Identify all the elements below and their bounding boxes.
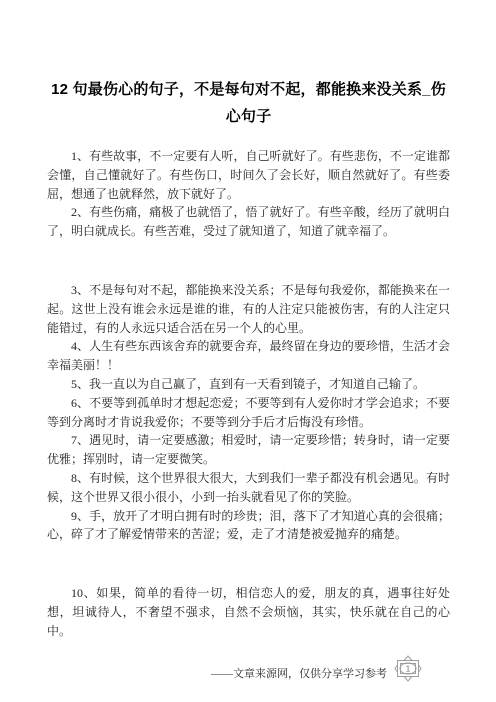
page-number: 1 [406,664,411,673]
paragraph: 10、如果，简单的看待一切，相信恋人的爱，朋友的真，遇事往好处想，坦诚待人，不奢… [47,584,450,640]
blank-line [47,544,450,584]
paragraph: 9、手，放开了才明白拥有时的珍贵；泪，落下了才知道心真的会很痛；心，碎了才了解爱… [47,507,450,545]
page-number-ornament-icon: 1 [394,655,422,682]
blank-line [47,241,450,281]
page-title: 12 句最伤心的句子，不是每句对不起，都能换来没关系_伤心句子 [47,76,450,130]
paragraph: 6、不要等到孤单时才想起恋爱；不要等到有人爱你时才学会追求；不要等到分离时才肯说… [47,394,450,432]
document-page: 12 句最伤心的句子，不是每句对不起，都能换来没关系_伤心句子 1、有些故事，不… [0,0,496,702]
paragraph: 5、我一直以为自己赢了，直到有一天看到镜子，才知道自己输了。 [47,375,450,394]
document-body: { "page": { "title": "12 句最伤心的句子，不是每句对不起… [0,0,496,702]
paragraph: 3、不是每句对不起，都能换来没关系；不是每句我爱你，都能换来在一起。这世上没有谁… [47,281,450,337]
paragraph: 8、有时候，这个世界很大很大，大到我们一辈子都没有机会遇见。有时候，这个世界又很… [47,469,450,507]
paragraph: 1、有些故事，不一定要有人听，自己听就好了。有些悲伤，不一定谁都会懂，自己懂就好… [47,147,450,203]
paragraph: 7、遇见时，请一定要感激；相爱时，请一定要珍惜；转身时，请一定要优雅；挥别时，请… [47,431,450,469]
paragraph: 4、人生有些东西该舍弃的就要舍弃，最终留在身边的要珍惜，生活才会幸福美丽！！ [47,337,450,375]
document-content: 1、有些故事，不一定要有人听，自己听就好了。有些悲伤，不一定谁都会懂，自己懂就好… [47,147,450,641]
source-note: ——文章来源网，仅供分享学习参考 [211,667,387,682]
footer: ——文章来源网，仅供分享学习参考 1 [47,655,422,682]
paragraph: 2、有些伤痛，痛极了也就悟了，悟了就好了。有些辛酸，经历了就明白了，明白就成长。… [47,203,450,241]
